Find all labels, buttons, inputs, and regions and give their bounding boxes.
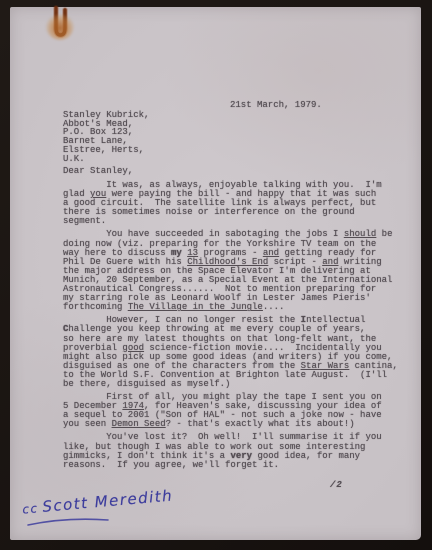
paragraph: You've lost it? Oh well! I'll summarise … xyxy=(63,433,413,469)
recipient-address: Stanley Kubrick, Abbot's Mead, P.O. Box … xyxy=(63,111,149,163)
paragraph: You have succeeded in sabotaging the job… xyxy=(63,230,413,312)
page-number: /2 xyxy=(330,481,343,490)
rust-stain-halo xyxy=(46,14,74,40)
letter-body: It was, as always, enjoyable talking wit… xyxy=(63,181,413,474)
letter-date: 21st March, 1979. xyxy=(230,101,322,110)
address-line: U.K. xyxy=(63,155,149,164)
cc-annotation-name: Scott Meredith xyxy=(42,486,174,515)
rust-staple-stain xyxy=(44,4,78,48)
paragraph: First of all, you might play the tape I … xyxy=(63,393,413,429)
letter-page: 21st March, 1979. Stanley Kubrick, Abbot… xyxy=(10,7,421,540)
annotation-underline-stroke xyxy=(26,515,112,529)
paragraph: However, I can no longer resist the Inte… xyxy=(63,316,413,389)
cc-annotation: ccScott Meredith xyxy=(22,486,174,517)
salutation: Dear Stanley, xyxy=(63,167,133,176)
paragraph: It was, as always, enjoyable talking wit… xyxy=(63,181,413,226)
